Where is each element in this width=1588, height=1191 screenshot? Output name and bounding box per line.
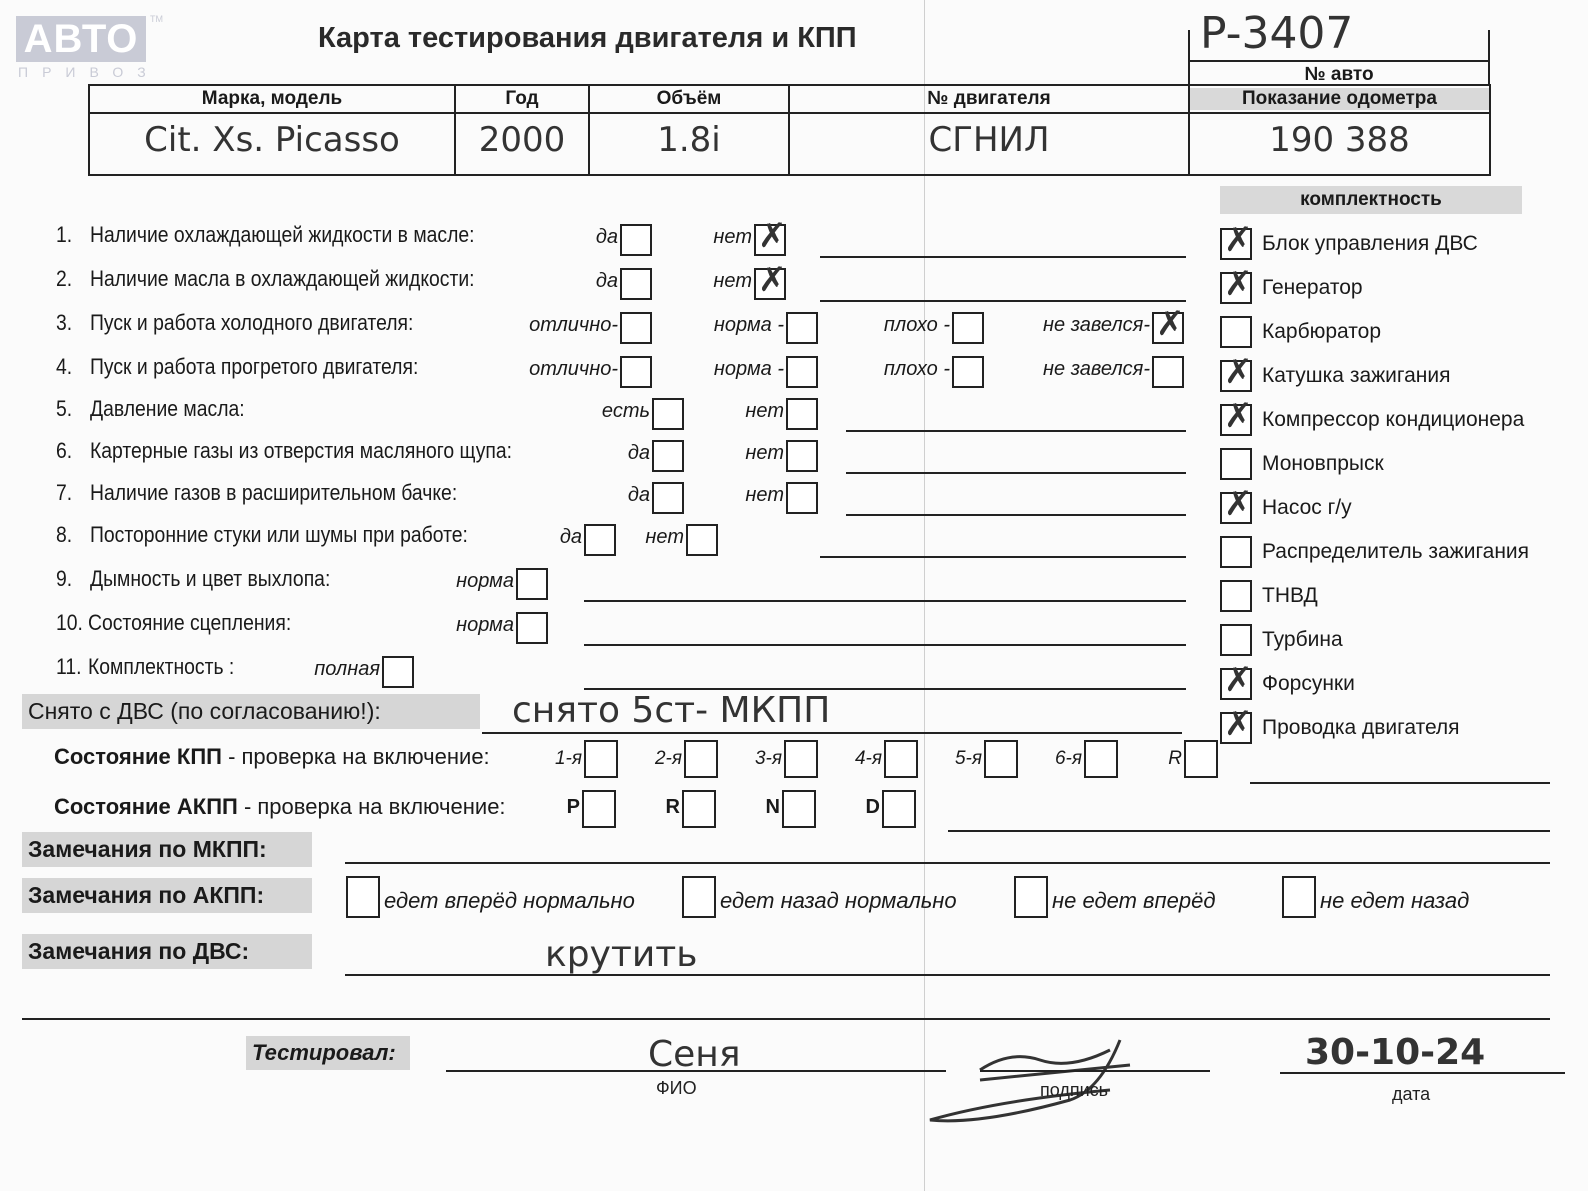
option-checkbox[interactable]	[516, 612, 548, 644]
komplektnost-label: Компрессор кондиционера	[1262, 408, 1524, 432]
akpp-remark-checkbox[interactable]	[682, 876, 716, 918]
brand-subtitle: ПРИВОЗ	[18, 64, 160, 80]
answer-line	[584, 600, 1186, 602]
gear-label: P	[540, 796, 580, 819]
gear-checkbox[interactable]	[584, 740, 618, 778]
kpp-label-bold: Состояние КПП	[54, 744, 222, 769]
gear-checkbox[interactable]	[1084, 740, 1118, 778]
gear-checkbox[interactable]	[884, 740, 918, 778]
gear-checkbox[interactable]	[1184, 740, 1218, 778]
answer-line	[846, 472, 1186, 474]
option-checkbox[interactable]	[786, 482, 818, 514]
option-checkbox[interactable]	[754, 268, 786, 300]
option-label: нет	[700, 484, 784, 507]
answer-line	[846, 430, 1186, 432]
question-number: 4.	[56, 354, 72, 380]
option-checkbox[interactable]	[686, 524, 718, 556]
akpp-remark-label: не едет назад	[1320, 888, 1469, 914]
remarks-akpp-label: Замечания по АКПП:	[22, 878, 312, 913]
komplektnost-checkbox[interactable]	[1220, 228, 1252, 260]
option-checkbox[interactable]	[786, 312, 818, 344]
remarks-dvs-value[interactable]: крутить	[545, 934, 697, 975]
akpp-label: Состояние АКПП - проверка на включение:	[54, 794, 506, 820]
option-checkbox[interactable]	[652, 482, 684, 514]
komplektnost-checkbox[interactable]	[1220, 272, 1252, 304]
question-number: 9.	[56, 566, 72, 592]
gear-label: 3-я	[748, 748, 782, 770]
remarks-dvs-line	[345, 974, 1550, 976]
akpp-label-bold: Состояние АКПП	[54, 794, 238, 819]
komplektnost-checkbox[interactable]	[1220, 712, 1252, 744]
page-title: Карта тестирования двигателя и КПП	[318, 22, 857, 55]
signature-line	[980, 1070, 1210, 1072]
gear-checkbox[interactable]	[882, 790, 916, 828]
col-year: Год 2000	[456, 86, 590, 174]
trademark: TM	[150, 14, 163, 24]
komplektnost-checkbox[interactable]	[1220, 668, 1252, 700]
komplektnost-label: Карбюратор	[1262, 320, 1381, 344]
col-volume: Объём 1.8i	[590, 86, 790, 174]
question-text: Наличие газов в расширительном бачке:	[90, 480, 457, 506]
gear-checkbox[interactable]	[784, 740, 818, 778]
option-label: норма	[420, 614, 514, 637]
option-label: отлично-	[490, 358, 618, 381]
remarks-extra-line	[22, 1018, 1550, 1020]
brand-logo: АВТО	[16, 16, 146, 62]
question-number: 6.	[56, 438, 72, 464]
komplektnost-checkbox[interactable]	[1220, 316, 1252, 348]
akpp-remark-label: едет назад нормально	[720, 888, 957, 914]
option-label: норма -	[690, 314, 784, 337]
gear-label: N	[740, 796, 780, 819]
gear-checkbox[interactable]	[782, 790, 816, 828]
car-number-value: P-3407	[1200, 8, 1353, 59]
akpp-remark-label: едет вперёд нормально	[384, 888, 635, 914]
question-text: Комплектность :	[88, 654, 234, 680]
paper-fold	[924, 0, 925, 1191]
answer-line	[820, 556, 1186, 558]
komplektnost-label: Распределитель зажигания	[1262, 540, 1529, 564]
option-checkbox[interactable]	[382, 656, 414, 688]
col-header: Марка, модель	[90, 88, 454, 110]
question-text: Посторонние стуки или шумы при работе:	[90, 522, 468, 548]
komplektnost-checkbox[interactable]	[1220, 360, 1252, 392]
volume-value[interactable]: 1.8i	[590, 120, 788, 160]
option-checkbox[interactable]	[952, 356, 984, 388]
komplektnost-checkbox[interactable]	[1220, 624, 1252, 656]
question-number: 8.	[56, 522, 72, 548]
kpp-label-text: - проверка на включение:	[222, 744, 490, 769]
removed-label: Снято с ДВС (по согласованию!):	[22, 694, 480, 729]
komplektnost-label: Форсунки	[1262, 672, 1355, 696]
akpp-label-text: - проверка на включение:	[238, 794, 506, 819]
option-checkbox[interactable]	[786, 440, 818, 472]
gear-label: 6-я	[1048, 748, 1082, 770]
question-number: 7.	[56, 480, 72, 506]
question-number: 1.	[56, 222, 72, 248]
komplektnost-checkbox[interactable]	[1220, 492, 1252, 524]
akpp-remark-checkbox[interactable]	[1282, 876, 1316, 918]
option-checkbox[interactable]	[620, 312, 652, 344]
gear-label: 5-я	[948, 748, 982, 770]
option-checkbox[interactable]	[652, 440, 684, 472]
gear-checkbox[interactable]	[684, 740, 718, 778]
gear-checkbox[interactable]	[582, 790, 616, 828]
option-label: нет	[700, 400, 784, 423]
option-checkbox[interactable]	[786, 356, 818, 388]
komplektnost-checkbox[interactable]	[1220, 536, 1252, 568]
option-checkbox[interactable]	[786, 398, 818, 430]
col-header: № двигателя	[790, 88, 1188, 110]
engine-number-value[interactable]: СГНИЛ	[790, 120, 1188, 160]
option-label: есть	[560, 400, 650, 423]
gear-label: 2-я	[648, 748, 682, 770]
option-label: нет	[690, 226, 752, 249]
model-value[interactable]: Cit. Xs. Picasso	[90, 120, 454, 160]
gear-label: 1-я	[548, 748, 582, 770]
col-header: Объём	[590, 88, 788, 110]
option-label: да	[560, 484, 650, 507]
option-checkbox[interactable]	[620, 268, 652, 300]
remarks-mkpp-label: Замечания по МКПП:	[22, 832, 312, 867]
remarks-mkpp-line	[345, 862, 1550, 864]
gear-label: R	[1148, 748, 1182, 770]
option-label: плохо -	[850, 358, 950, 381]
option-checkbox[interactable]	[516, 568, 548, 600]
komplektnost-label: Насос г/у	[1262, 496, 1352, 520]
komplektnost-label: Моновпрыск	[1262, 452, 1384, 476]
option-label: да	[560, 226, 618, 249]
option-checkbox[interactable]	[952, 312, 984, 344]
tested-by-label: Тестировал:	[246, 1036, 410, 1070]
option-checkbox[interactable]	[620, 224, 652, 256]
option-checkbox[interactable]	[754, 224, 786, 256]
komplektnost-checkbox[interactable]	[1220, 580, 1252, 612]
option-label: нет	[700, 442, 784, 465]
komplektnost-label: ТНВД	[1262, 584, 1318, 608]
kpp-label: Состояние КПП - проверка на включение:	[54, 744, 490, 770]
divider	[1188, 60, 1490, 62]
kpp-line	[1250, 782, 1550, 784]
option-label: нет	[610, 526, 684, 549]
date-line	[1280, 1072, 1565, 1074]
date-value[interactable]: 30-10-24	[1305, 1032, 1485, 1073]
question-number: 3.	[56, 310, 72, 336]
option-label: не завелся-	[1010, 314, 1150, 337]
tester-name-value[interactable]: Сеня	[648, 1034, 740, 1075]
answer-line	[846, 514, 1186, 516]
question-number: 11.	[56, 654, 81, 680]
question-text: Давление масла:	[90, 396, 245, 422]
answer-line	[820, 256, 1186, 258]
removed-line	[482, 732, 1182, 734]
komplektnost-checkbox[interactable]	[1220, 404, 1252, 436]
option-label: отлично-	[490, 314, 618, 337]
question-text: Наличие масла в охлаждающей жидкости:	[90, 266, 475, 292]
gear-checkbox[interactable]	[984, 740, 1018, 778]
col-header: Год	[456, 88, 588, 110]
question-number: 2.	[56, 266, 72, 292]
akpp-remark-checkbox[interactable]	[346, 876, 380, 918]
akpp-line	[948, 830, 1550, 832]
remarks-dvs-label: Замечания по ДВС:	[22, 934, 312, 969]
option-label: норма	[420, 570, 514, 593]
option-checkbox[interactable]	[620, 356, 652, 388]
option-label: да	[560, 442, 650, 465]
question-number: 10.	[56, 610, 83, 636]
question-text: Наличие охлаждающей жидкости в масле:	[90, 222, 475, 248]
option-checkbox[interactable]	[652, 398, 684, 430]
vehicle-info-table: Марка, модель Cit. Xs. Picasso Год 2000 …	[88, 84, 1491, 176]
year-value[interactable]: 2000	[456, 120, 588, 160]
answer-line	[584, 644, 1186, 646]
akpp-remark-label: не едет вперёд	[1052, 888, 1216, 914]
komplektnost-label: Катушка зажигания	[1262, 364, 1450, 388]
gear-label: R	[640, 796, 680, 819]
komplektnost-label: Турбина	[1262, 628, 1343, 652]
option-label: норма -	[690, 358, 784, 381]
komplektnost-label: Проводка двигателя	[1262, 716, 1460, 740]
signature-caption: подпись	[1040, 1080, 1108, 1101]
komplektnost-label: Генератор	[1262, 276, 1363, 300]
question-text: Дымность и цвет выхлопа:	[90, 566, 330, 592]
komplektnost-label: Блок управления ДВС	[1262, 232, 1478, 256]
option-label: нет	[690, 270, 752, 293]
question-text: Картерные газы из отверстия масляного щу…	[90, 438, 512, 464]
col-odometer: Показание одометра 190 388	[1190, 86, 1489, 174]
option-label: не завелся-	[1010, 358, 1150, 381]
option-checkbox[interactable]	[1152, 356, 1184, 388]
gear-label: D	[840, 796, 880, 819]
question-text: Пуск и работа холодного двигателя:	[90, 310, 413, 336]
option-label: да	[520, 526, 582, 549]
col-header: Показание одометра	[1190, 88, 1489, 110]
col-engine-number: № двигателя СГНИЛ	[790, 86, 1190, 174]
gear-label: 4-я	[848, 748, 882, 770]
question-number: 5.	[56, 396, 72, 422]
date-caption: дата	[1392, 1084, 1430, 1105]
gear-checkbox[interactable]	[682, 790, 716, 828]
odometer-value[interactable]: 190 388	[1190, 120, 1489, 160]
question-text: Пуск и работа прогретого двигателя:	[90, 354, 418, 380]
name-caption: ФИО	[656, 1078, 697, 1099]
akpp-remark-checkbox[interactable]	[1014, 876, 1048, 918]
komplektnost-header: комплектность	[1220, 186, 1522, 214]
option-label: полная	[300, 658, 380, 681]
option-label: плохо -	[850, 314, 950, 337]
option-label: да	[560, 270, 618, 293]
col-model: Марка, модель Cit. Xs. Picasso	[90, 86, 456, 174]
removed-value[interactable]: снято 5ст- МКПП	[512, 690, 830, 731]
answer-line	[820, 300, 1186, 302]
komplektnost-checkbox[interactable]	[1220, 448, 1252, 480]
question-text: Состояние сцепления:	[88, 610, 291, 636]
option-checkbox[interactable]	[1152, 312, 1184, 344]
name-line	[446, 1070, 946, 1072]
car-number-label: № авто	[1188, 64, 1490, 86]
